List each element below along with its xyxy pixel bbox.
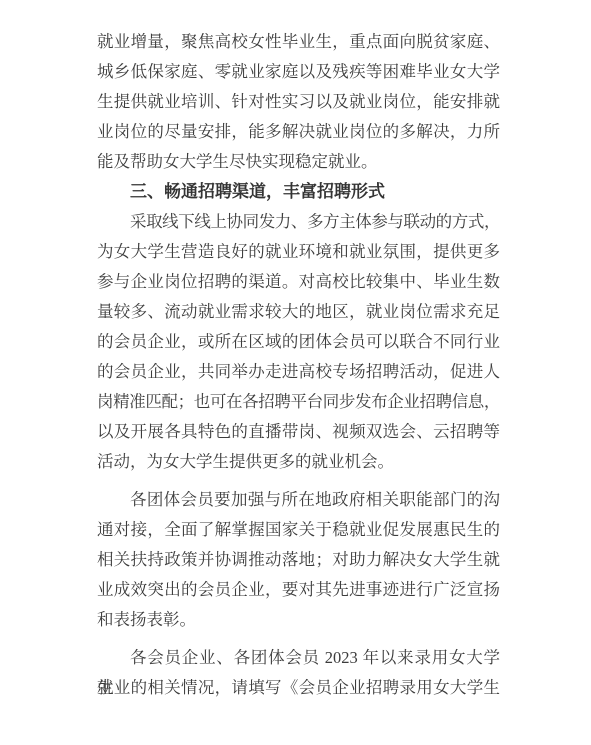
text-line: 能及帮助女大学生尽快实现稳定就业。 xyxy=(97,147,500,177)
paragraph: 各团体会员要加强与所在地政府相关职能部门的沟 通对接，全面了解掌握国家关于稳就业… xyxy=(97,485,500,635)
text-line: 和表扬表彰。 xyxy=(97,605,500,635)
text-line: 岗精准匹配；也可在各招聘平台同步发布企业招聘信息， xyxy=(97,387,500,417)
text-line: 各团体会员要加强与所在地政府相关职能部门的沟 xyxy=(97,485,500,515)
text-line: 就业增量，聚焦高校女性毕业生，重点面向脱贫家庭、 xyxy=(97,27,500,57)
text-line: 业岗位的尽量安排，能多解决就业岗位的多解决，力所 xyxy=(97,117,500,147)
text-line: 以及开展各具特色的直播带岗、视频双选会、云招聘等 xyxy=(97,417,500,447)
text-line: 量较多、流动就业需求较大的地区，就业岗位需求充足 xyxy=(97,297,500,327)
text-line: 业成效突出的会员企业，要对其先进事迹进行广泛宣扬 xyxy=(97,575,500,605)
text-line: 参与企业岗位招聘的渠道。对高校比较集中、毕业生数 xyxy=(97,267,500,297)
paragraph-continued: 就业增量，聚焦高校女性毕业生，重点面向脱贫家庭、 城乡低保家庭、零就业家庭以及残… xyxy=(97,27,500,177)
paragraph: 各会员企业、各团体会员 2023 年以来录用女大学生 就业的相关情况，请填写《会… xyxy=(97,643,500,703)
text-line: 就业的相关情况，请填写《会员企业招聘录用女大学生 xyxy=(97,673,500,703)
text-line: 活动，为女大学生提供更多的就业机会。 xyxy=(97,447,500,477)
text-line: 的会员企业，共同举办走进高校专场招聘活动，促进人 xyxy=(97,357,500,387)
document-text-block: 就业增量，聚焦高校女性毕业生，重点面向脱贫家庭、 城乡低保家庭、零就业家庭以及残… xyxy=(97,27,500,711)
text-line: 采取线下线上协同发力、多方主体参与联动的方式， xyxy=(97,207,500,237)
text-line: 相关扶持政策并协调推动落地；对助力解决女大学生就 xyxy=(97,545,500,575)
text-line: 的会员企业，或所在区域的团体会员可以联合不同行业 xyxy=(97,327,500,357)
section-heading: 三、畅通招聘渠道，丰富招聘形式 xyxy=(97,177,500,207)
paragraph: 采取线下线上协同发力、多方主体参与联动的方式， 为女大学生营造良好的就业环境和就… xyxy=(97,207,500,477)
text-line: 各会员企业、各团体会员 2023 年以来录用女大学生 xyxy=(97,643,500,673)
text-line: 生提供就业培训、针对性实习以及就业岗位，能安排就 xyxy=(97,87,500,117)
document-page: 就业增量，聚焦高校女性毕业生，重点面向脱贫家庭、 城乡低保家庭、零就业家庭以及残… xyxy=(0,0,591,745)
text-line: 为女大学生营造良好的就业环境和就业氛围，提供更多 xyxy=(97,237,500,267)
text-line: 城乡低保家庭、零就业家庭以及残疾等困难毕业女大学 xyxy=(97,57,500,87)
text-line: 通对接，全面了解掌握国家关于稳就业促发展惠民生的 xyxy=(97,515,500,545)
